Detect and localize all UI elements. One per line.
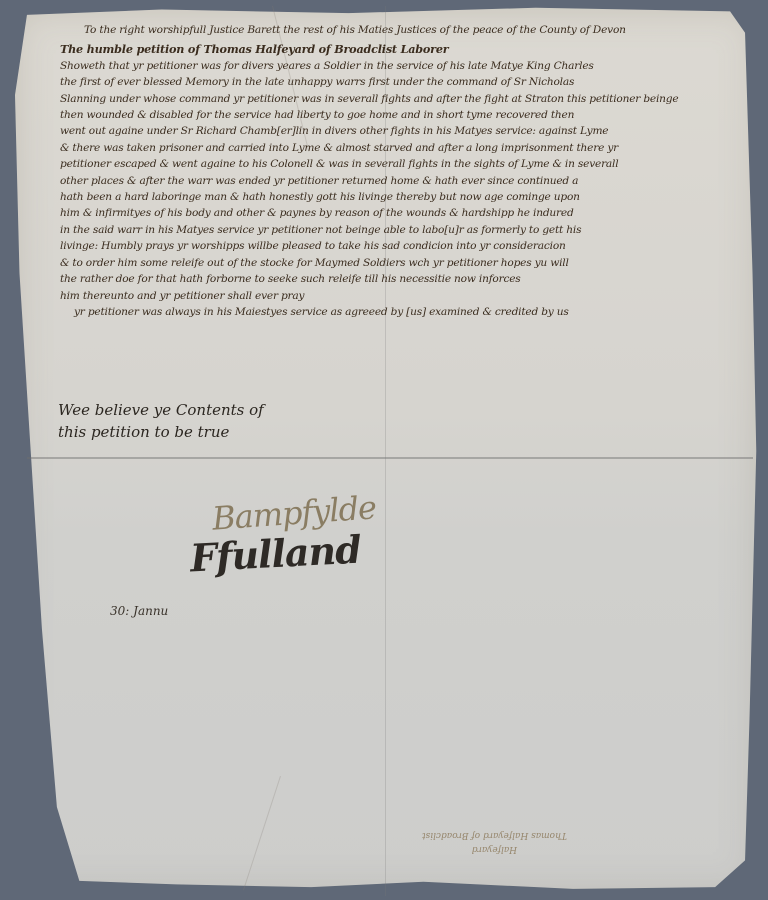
signature-ffulland: Ffulland <box>189 527 362 581</box>
body-line: & there was taken prisoner and carried i… <box>60 140 750 156</box>
body-line: other places & after the warr was ended … <box>60 173 750 189</box>
petition-text: To the right worshipfull Justice Barett … <box>60 22 750 320</box>
body-line: the rather doe for that hath forborne to… <box>60 271 750 287</box>
endorsement-bleedthrough: Halfeyard Thomas Halfeyard of Broadclist <box>422 828 567 856</box>
body-line: him & infirmityes of his body and other … <box>60 205 750 221</box>
horizontal-fold-line <box>27 457 753 459</box>
body-line: & to order him some releife out of the s… <box>60 255 750 271</box>
body-line: yr petitioner was always in his Maiestye… <box>60 304 750 320</box>
body-line: Showeth that yr petitioner was for diver… <box>60 58 750 74</box>
endorsement-line: Halfeyard <box>422 842 567 856</box>
document-sheet: To the right worshipfull Justice Barett … <box>12 6 760 896</box>
body-line: Slanning under whose command yr petition… <box>60 91 750 107</box>
date-note: 30: Jannu <box>110 604 168 618</box>
body-line: him thereunto and yr petitioner shall ev… <box>60 288 750 304</box>
body-line: petitioner escaped & went againe to his … <box>60 156 750 172</box>
petition-title: The humble petition of Thomas Halfeyard … <box>60 41 750 57</box>
address-line: To the right worshipfull Justice Barett … <box>60 22 750 38</box>
body-line: in the said warr in his Matyes service y… <box>60 222 750 238</box>
attestation: Wee believe ye Contents of this petition… <box>58 399 264 443</box>
attestation-line: this petition to be true <box>58 421 264 443</box>
attestation-line: Wee believe ye Contents of <box>58 399 264 421</box>
body-line: then wounded & disabled for the service … <box>60 107 750 123</box>
body-line: hath been a hard laboringe man & hath ho… <box>60 189 750 205</box>
body-line: livinge: Humbly prays yr worshipps willb… <box>60 238 750 254</box>
endorsement-line: Thomas Halfeyard of Broadclist <box>422 828 567 842</box>
body-line: the first of ever blessed Memory in the … <box>60 74 750 90</box>
body-line: went out againe under Sr Richard Chamb[e… <box>60 123 750 139</box>
